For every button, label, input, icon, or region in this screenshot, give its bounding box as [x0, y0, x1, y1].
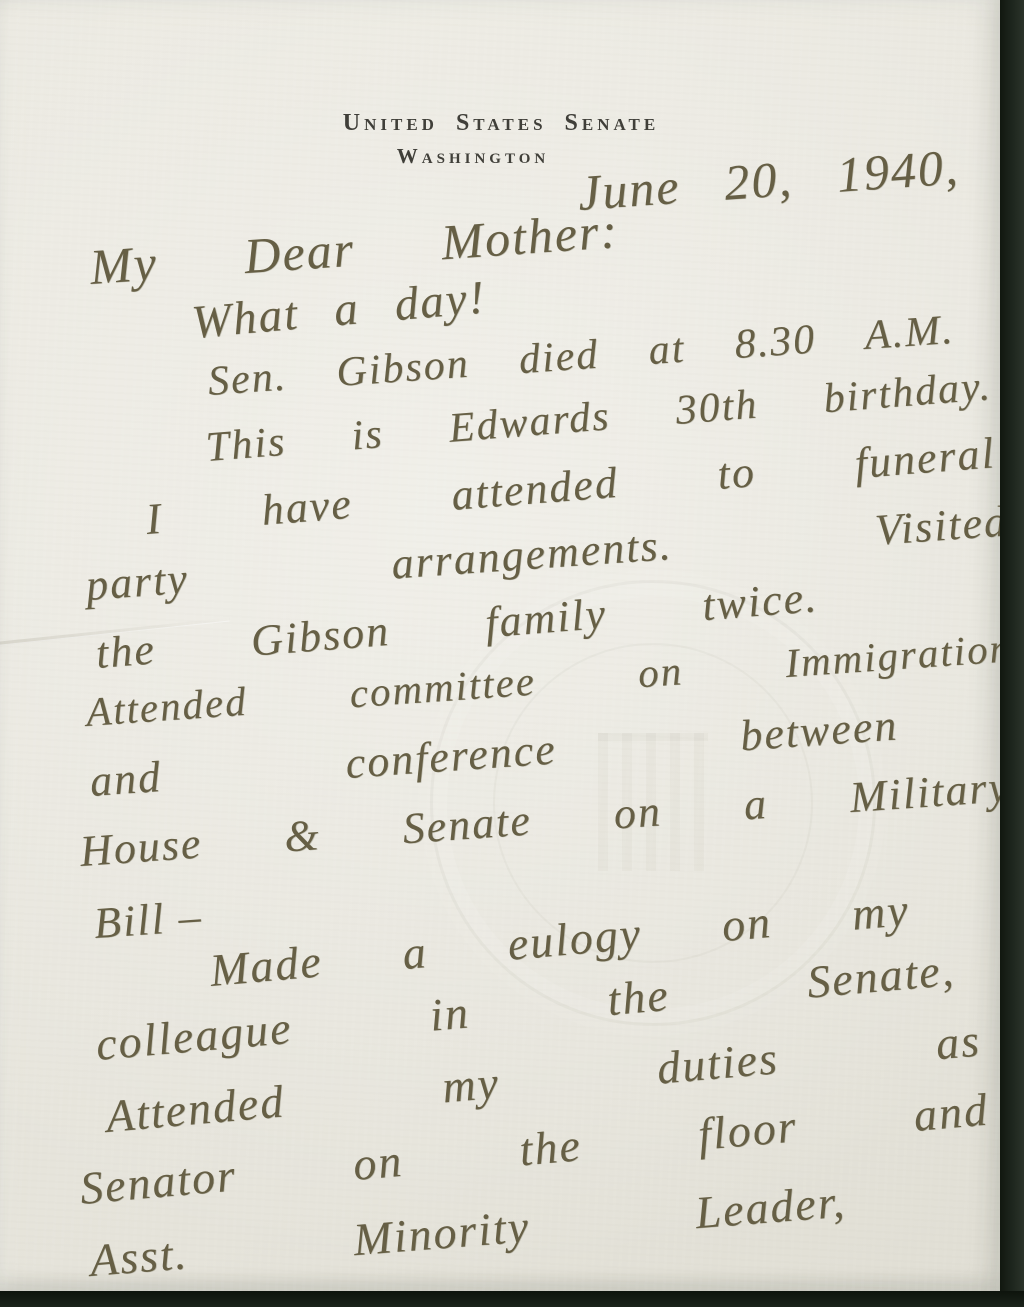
scan-background-bottom-band — [0, 1291, 1024, 1307]
handwriting-line: Bill – — [92, 890, 204, 948]
scanned-letter: United States Senate Washington June 20,… — [0, 0, 1024, 1307]
letter-paper: United States Senate Washington June 20,… — [0, 0, 1002, 1292]
letterhead: United States Senate Washington — [0, 0, 1002, 169]
letterhead-senate-line: United States Senate — [0, 110, 1002, 137]
scan-background-right-band — [1000, 0, 1024, 1307]
